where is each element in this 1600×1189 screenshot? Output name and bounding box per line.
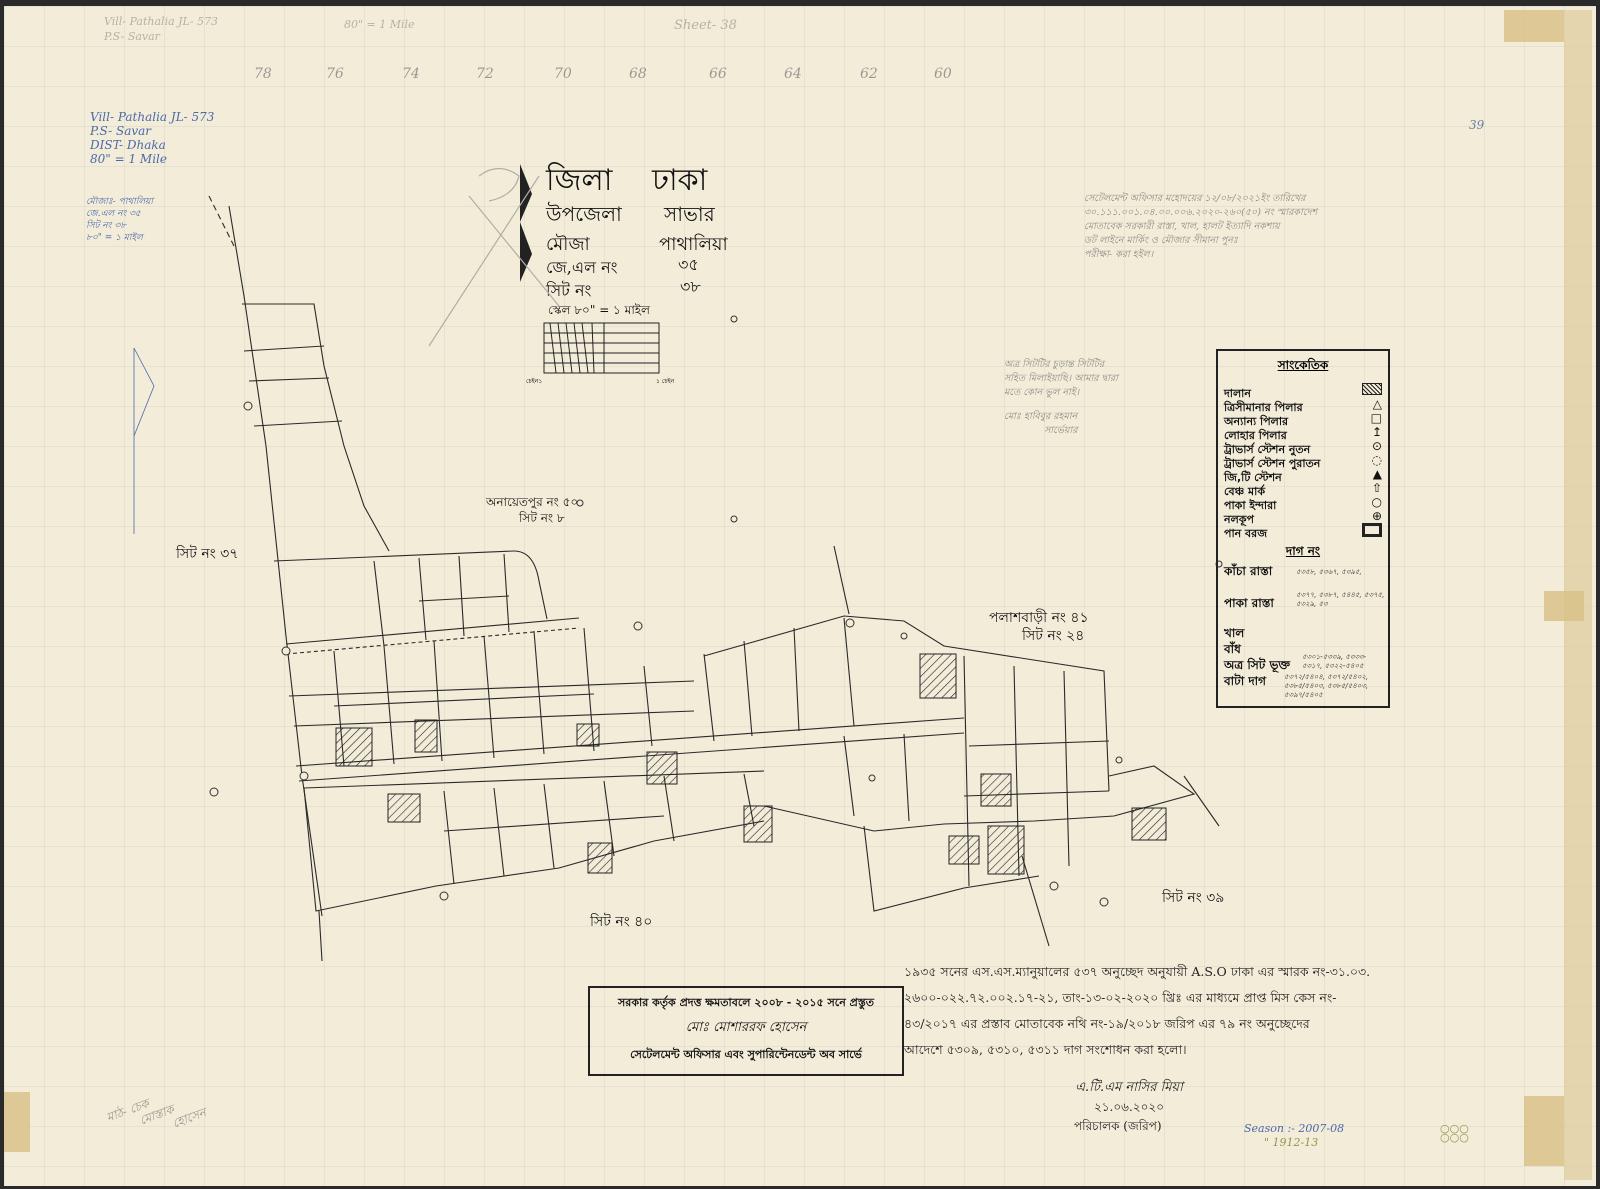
traverse-new-icon: ⊙ — [1372, 439, 1382, 453]
director-name: এ.টি.এম নাসির মিয়া — [1064, 1078, 1194, 1099]
square-icon: □ — [1371, 411, 1382, 425]
preparation-stamp: সরকার কর্তৃক প্রদত্ত ক্ষমতাবলে ২০০৮ - ২০… — [588, 986, 904, 1076]
season-circles: ○○○○○○ — [1440, 1124, 1469, 1142]
note-line: অত্র সিটটির চুড়ান্ত সিটটির — [1004, 358, 1118, 372]
dag-row-split: বাটা দাগ — [1224, 673, 1266, 693]
dag-row-kacha-road: কাঁচা রাস্তা — [1224, 563, 1272, 583]
director-title: পরিচালক (জরিপ) — [1074, 1118, 1162, 1138]
hatched-rect-icon — [1362, 383, 1382, 395]
note-line: মতে কোন ভুল নাই। — [1004, 386, 1118, 400]
correction-note-line1: ১৯৩৫ সনের এস.এস.ম্যানুয়ালের ৫৩৭ অনুচ্ছে… — [904, 964, 1370, 984]
iron-pillar-icon: ↥ — [1372, 425, 1382, 439]
stamp-line1: সরকার কর্তৃক প্রদত্ত ক্ষমতাবলে ২০০৮ - ২০… — [590, 994, 902, 1013]
adjacent-sheet-37: সিট নং ৩৭ — [176, 542, 238, 566]
note-line: ৩০.১১১.০০১.০৪.০০.০০৬.২০২০-২৬০(৫০) নং স্ম… — [1084, 206, 1317, 220]
season-note: Season :- 2007-08 " 1912-13 — [1244, 1122, 1344, 1150]
betel-garden-icon — [1362, 523, 1382, 537]
correction-note-line4: আদেশে ৫৩০৯, ৫৩১০, ৫৩১১ দাগ সংশোধন করা হল… — [904, 1042, 1187, 1062]
note-line: মোতাবেক সরকারী রাস্তা, খাল, হালট ইত্যাদি… — [1084, 220, 1317, 234]
surveyor-note: অত্র সিটটির চুড়ান্ত সিটটির সহিত মিলাইয়… — [1004, 358, 1118, 438]
adjacent-sheet-39: সিট নং ৩৯ — [1162, 886, 1224, 910]
stamp-line3: সেটেলমেন্ট অফিসার এবং সুপারিন্টেনডেন্ট অ… — [590, 1046, 902, 1065]
note-line: সার্ভেয়ার — [1004, 424, 1118, 438]
settlement-note-top: সেটেলমেন্ট অফিসার মহোদয়ের ১২/০৮/২০২১ইং … — [1084, 192, 1317, 262]
adjacent-sheet-8: সিট নং ৮ — [519, 510, 565, 530]
note-line: সহিত মিলাইয়াছি। আমার দ্বারা — [1004, 372, 1118, 386]
dag-heading: দাগ নং — [1218, 543, 1388, 563]
note-line: পরীক্ষা- করা হইল। — [1084, 248, 1317, 262]
legend-box: সাংকেতিক দালান ত্রিসীমানার পিলার △ অন্যা… — [1216, 349, 1390, 708]
tubewell-icon: ⊕ — [1372, 509, 1382, 523]
dag-row-included-value: ৫৩০১-৫৩৩৯, ৫৩৩৩- ৫৩১৭, ৫৩২২-৫৪০৫ — [1302, 653, 1384, 671]
note-line: সেটেলমেন্ট অফিসার মহোদয়ের ১২/০৮/২০২১ইং … — [1084, 192, 1317, 206]
correction-note-line2: ২৬০০-০২২.৭২.০০২.১৭-২১, তাং-১৩-০২-২০২০ খ্… — [904, 990, 1336, 1010]
dag-row-pucca-road-value: ৫৩৭৭, ৫৩৮৭, ৫৪৪৫, ৫৩৭৫, ৫৩২৯, ৫৩ — [1296, 591, 1386, 609]
director-signature: এ.টি.এম নাসির মিয়া ২১.০৬.২০২০ — [1064, 1078, 1194, 1119]
season-line1: Season :- 2007-08 — [1244, 1122, 1344, 1136]
season-line2: " 1912-13 — [1244, 1136, 1344, 1150]
bench-mark-icon: ⇧ — [1372, 481, 1382, 495]
dag-row-split-value: ৫৩৭২/৫৪০৪, ৫৩৭২/৫৪০২, ৫৩৮৫/৫৪০৩, ৫৩৮৫/৫৪… — [1284, 673, 1384, 700]
note-line: ডট লাইনে মার্কিং ও মৌজার সীমানা পুনঃ — [1084, 234, 1317, 248]
legend-title: সাংকেতিক — [1218, 357, 1388, 377]
traverse-old-icon: ◌ — [1372, 453, 1382, 467]
adjacent-sheet-24: সিট নং ২৪ — [1022, 624, 1084, 648]
triangle-icon: △ — [1373, 397, 1382, 411]
legend-item-betel-garden: পান বরজ — [1224, 525, 1267, 544]
stamp-signature: মোঃ মোশাররফ হোসেন — [590, 1018, 902, 1039]
gt-station-icon: ▲ — [1373, 467, 1382, 481]
dag-row-kacha-road-value: ৫৩৫৮, ৫৩৬৭, ৫৩৯৫, — [1296, 566, 1362, 578]
well-icon: ○ — [1372, 495, 1382, 509]
director-date: ২১.০৬.২০২০ — [1064, 1099, 1194, 1119]
dag-row-pucca-road: পাকা রাস্তা — [1224, 595, 1274, 615]
cadastral-map-sheet: 78 76 74 72 70 68 66 64 62 60 Vill- Path… — [4, 6, 1596, 1186]
adjacent-sheet-40: সিট নং ৪০ — [590, 910, 652, 934]
correction-note-line3: ৪৩/২০১৭ এর প্রস্তাব মোতাবেক নথি নং-১৯/২০… — [904, 1016, 1310, 1036]
note-line: মোঃ হাবিবুর রহমান — [1004, 410, 1118, 424]
